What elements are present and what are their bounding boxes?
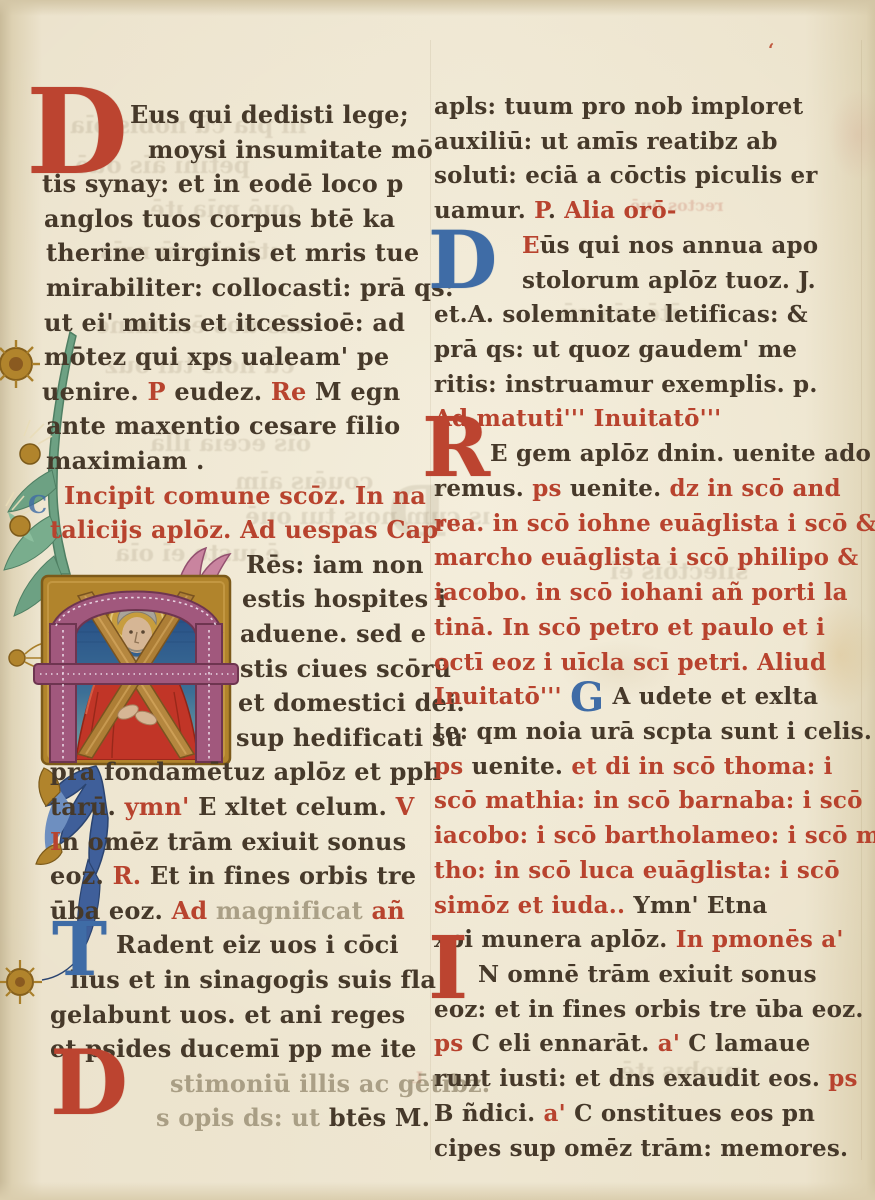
body-text: C onstitues eos pn [566,1100,815,1127]
text-line: Incipit comune scōz. In na [64,481,426,510]
rubric-text: Ad [172,896,216,925]
rubric-text: iacobo: i scō bartholameo: i scō ma [434,822,875,849]
rubric-text: I [50,827,61,856]
rubric-text: Re [271,377,307,406]
drop-cap-D: D [428,229,497,291]
text-line: Rēs: iam non [246,550,424,579]
body-text: ritis: instruamur exemplis. p. [434,371,818,398]
body-text: ante maxentio cesare filio [46,411,400,440]
text-line: estis hospites i [242,584,446,613]
body-text: uenire. [42,377,148,406]
drop-cap-D: D [50,1048,128,1118]
body-text: n omēz trām exiuit sonus [61,827,406,856]
rubric-text: talicijs aplōz. Ad uespas Cap''' [50,515,461,544]
text-line: stolorum aplōz tuoz. J. [522,267,816,294]
body-text: cipes sup omēz trām: memores. [434,1135,848,1162]
text-line: ritis: instruamur exemplis. p. [434,371,818,398]
body-text: lius et in sinagogis suis fla [70,965,436,994]
body-text: C eli ennarāt. [463,1030,657,1057]
text-line: tarū. ymn' E xltet celum. V [50,792,414,821]
body-text: te: qm noia urā scpta sunt i celis. [434,718,872,745]
body-text: B ñdici. [434,1100,544,1127]
body-text: anglos tuos corpus btē ka [44,204,395,233]
rubric-text: In pmonēs a' [676,926,844,953]
body-text: N omnē trām exiuit sonus [478,961,817,988]
rubric-text: P [148,377,166,406]
body-text: sup hedificati su [236,723,463,752]
manuscript-page: ın pıa cū nobıs oīapetını aīs ouēouē mīa… [0,0,875,1200]
body-text: A udete et exlta [604,683,818,710]
text-line: et domestici dei. [238,688,465,717]
text-line: iacobo: i scō bartholameo: i scō ma [434,822,875,849]
text-line: E gem aplōz dnin. uenite ado [490,440,871,467]
body-text: therine uirginis et mris tue [46,238,419,267]
text-line: simōz et iuda.. Ymn' Etna [434,892,767,919]
text-line: ps uenite. et di in scō thoma: i [434,753,833,780]
text-line: prā qs: ut quoz gaudem' me [434,336,797,363]
text-line: uenire. P eudez. Re M egn [42,377,400,406]
body-text: eudez. [166,377,271,406]
body-text: . [548,197,564,224]
rubric-text: octī eoz i uīcla scī petri. Aliud [434,649,826,676]
rubric-text: iacobo. in scō iohani añ porti la [434,579,848,606]
text-line: Inuitatō''' G A udete et exlta [434,683,818,710]
gold-sun-ornament [0,960,42,1004]
body-text: M egn [306,377,400,406]
rubric-text: P [534,197,548,224]
rubric-text: añ [363,896,405,925]
text-line: mirabiliter: collocasti: prā qs: [46,273,454,302]
rubric-text: tinā. In scō petro et paulo et i [434,614,825,641]
body-text: uenite. [463,753,571,780]
body-text: s opis ds: ut [156,1103,329,1132]
text-line: sup hedificati su [236,723,463,752]
rubric-text: Inuitatō''' [434,683,570,710]
text-line: apls: tuum pro nob imploret [434,93,803,120]
rubric-text: simōz et iuda.. [434,892,633,919]
body-text: stolorum aplōz tuoz. J. [522,267,816,294]
body-text: mōtez qui xps ualeam' pe [44,342,389,371]
body-text: auxiliū: ut amīs reatibz ab [434,128,778,155]
text-line: Eūs qui nos annua apo [522,232,818,259]
margin-ruling-line [861,40,862,1160]
rubric-text: et di in scō thoma: i [571,753,832,780]
inline-initial: G [570,674,604,721]
body-text: magnificat [216,896,363,925]
text-line: maximiam . [46,446,205,475]
body-text: Et in fines orbis tre [141,861,416,890]
rubric-text: ps [828,1065,857,1092]
body-text: apls: tuum pro nob imploret [434,93,803,120]
page-edge-bottom [0,1182,875,1200]
body-text: gelabunt uos. et ani reges [50,1000,405,1029]
body-text: E xltet celum. [198,792,395,821]
rubric-text: dz in scō and [670,475,841,502]
body-text: ut ei' mitis et itcessioē: ad [44,308,405,337]
rubric-text: ps [434,753,463,780]
rubric-text: scō mathia: in scō barnaba: i scō [434,787,863,814]
text-line: ante maxentio cesare filio [46,411,400,440]
body-text: Eus qui dedisti lege; [130,100,409,129]
body-text: estis hospites i [242,584,446,613]
drop-cap-R: R [422,417,490,481]
text-line: soluti: eciā a cōctis piculis er [434,162,818,189]
rubric-text: V [396,792,415,821]
body-text: tarū. [50,792,125,821]
gold-sun-ornament [0,340,40,388]
rubric-text: ps [434,1030,463,1057]
text-line: ut ei' mitis et itcessioē: ad [44,308,405,337]
text-line: eoz. R. Et in fines orbis tre [50,861,416,890]
body-text: moysi insumitate mō [148,135,433,164]
rubric-text: a' [544,1100,566,1127]
text-line: mōtez qui xps ualeam' pe [44,342,389,371]
rubric-text: Alia orō- [564,197,676,224]
rubric-text: Incipit comune scōz. In na [64,481,426,510]
body-text: pra fondamētuz aplōz et pph [50,757,441,786]
text-line: moysi insumitate mō [148,135,433,164]
rubric-text: ps [532,475,561,502]
text-line: tho: in scō luca euāglista: i scō [434,857,840,884]
body-text: et domestici dei. [238,688,465,717]
quire-mark: ʻ [768,40,774,61]
historiated-initial-saint-andrew [40,572,232,768]
text-line: scō mathia: in scō barnaba: i scō [434,787,863,814]
body-text: Rēs: iam non [246,550,424,579]
drop-cap-T: T [52,922,107,980]
text-line: Radent eiz uos i cōci [116,930,399,959]
rubric-text: rea. in scō iohne euāglista i scō & [434,510,875,537]
text-line: te: qm noia urā scpta sunt i celis. [434,718,872,745]
text-line: therine uirginis et mris tue [46,238,419,267]
body-text: C lamaue [680,1030,810,1057]
body-text: eoz. [50,861,113,890]
body-text: eoz: et in fines orbis tre ūba eoz. [434,996,864,1023]
text-line: runt iusti: et dns exaudit eos. ps [434,1065,858,1092]
body-text: prā qs: ut quoz gaudem' me [434,336,797,363]
text-line: marcho euāglista i scō philipo & [434,544,858,571]
text-line: In omēz trām exiuit sonus [50,827,406,856]
text-line: eoz: et in fines orbis tre ūba eoz. [434,996,864,1023]
text-line: aduene. sed e [240,619,426,648]
body-text: E gem aplōz dnin. uenite ado [490,440,871,467]
drop-cap-D: D [26,86,128,178]
text-line: N omnē trām exiuit sonus [478,961,817,988]
page-edge-top [0,0,875,16]
body-text: btēs M. [329,1103,430,1132]
body-text: mirabiliter: collocasti: prā qs: [46,273,454,302]
text-line: iacobo. in scō iohani añ porti la [434,579,848,606]
text-line: gelabunt uos. et ani reges [50,1000,405,1029]
text-line: auxiliū: ut amīs reatibz ab [434,128,778,155]
text-line: cipes sup omēz trām: memores. [434,1135,848,1162]
text-line: ps C eli ennarāt. a' C lamaue [434,1030,810,1057]
body-text: Ymn' Etna [633,892,767,919]
parchment-stain [828,90,875,180]
text-line: pra fondamētuz aplōz et pph [50,757,441,786]
text-line: talicijs aplōz. Ad uespas Cap''' [50,515,461,544]
text-line: lius et in sinagogis suis fla [70,965,436,994]
text-line: tinā. In scō petro et paulo et i [434,614,825,641]
body-text: uenite. [562,475,670,502]
rubric-text: ymn' [125,792,199,821]
rubric-text: R. [113,861,142,890]
body-text: xpi munera aplōz. [434,926,676,953]
body-text: runt iusti: et dns exaudit eos. [434,1065,828,1092]
text-line: remus. ps uenite. dz in scō and [434,475,841,502]
text-line: B ñdici. a' C onstitues eos pn [434,1100,815,1127]
rubric-text: E [522,232,540,259]
body-text: Radent eiz uos i cōci [116,930,399,959]
text-line: octī eoz i uīcla scī petri. Aliud [434,649,826,676]
body-text: maximiam . [46,446,205,475]
body-text: ūs qui nos annua apo [540,232,819,259]
text-line: rea. in scō iohne euāglista i scō & [434,510,875,537]
rubric-text: tho: in scō luca euāglista: i scō [434,857,840,884]
text-line: Eus qui dedisti lege; [130,100,409,129]
rubric-text: marcho euāglista i scō philipo & [434,544,858,571]
rubric-text: a' [658,1030,680,1057]
paraph-mark: C [28,490,47,519]
body-text: soluti: eciā a cōctis piculis er [434,162,818,189]
text-line: xpi munera aplōz. In pmonēs a' [434,926,844,953]
text-line: stis ciues scōrū [240,654,451,683]
body-text: stis ciues scōrū [240,654,451,683]
drop-cap-I: I [428,935,468,1002]
text-line: s opis ds: ut btēs M. [156,1103,430,1132]
body-text: aduene. sed e [240,619,426,648]
text-line: anglos tuos corpus btē ka [44,204,395,233]
